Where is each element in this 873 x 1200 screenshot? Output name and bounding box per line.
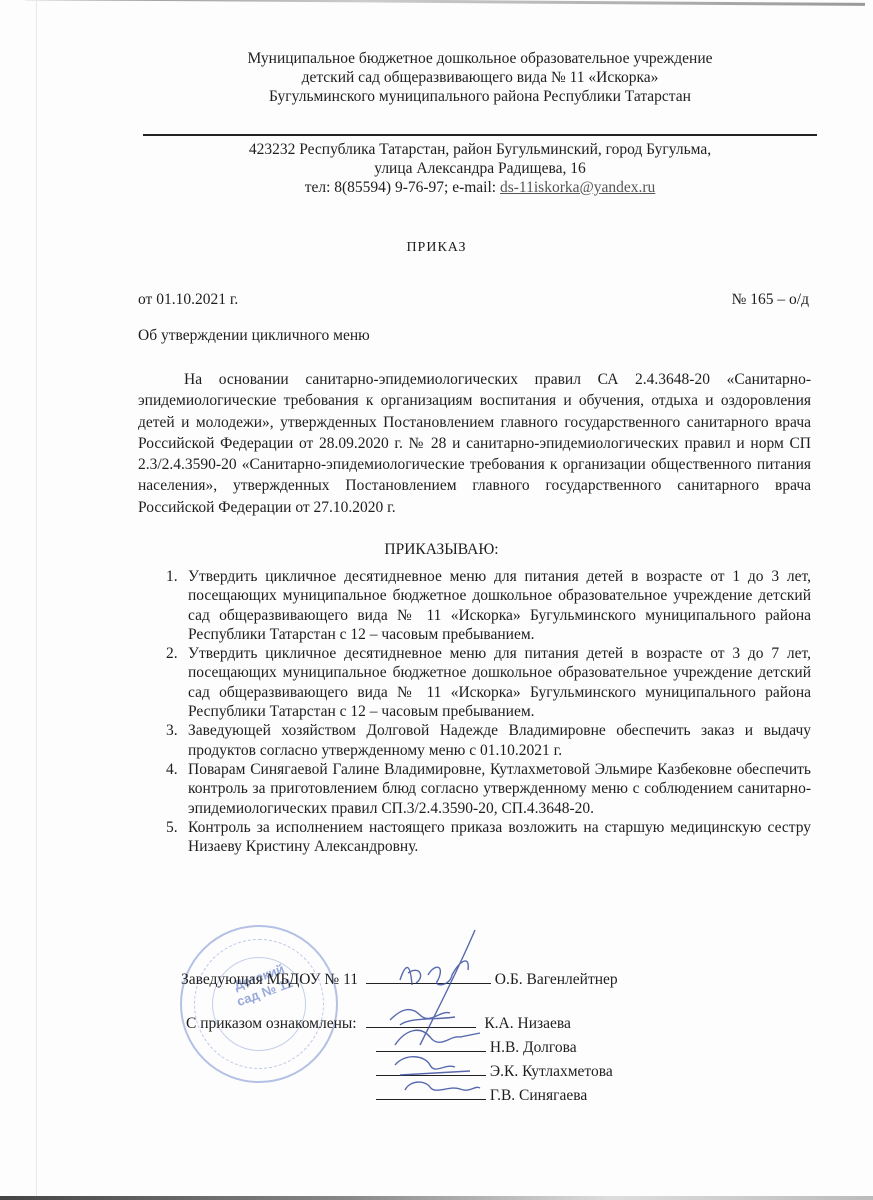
order-item-number: 2.: [166, 644, 178, 663]
order-item-text: Утвердить цикличное десятидневное меню д…: [188, 568, 811, 643]
document-date: от 01.10.2021 г.: [138, 291, 238, 309]
head-signature-label: Заведующая МБДОУ № 11: [181, 971, 358, 988]
letterhead-contacts: 423232 Республика Татарстан, район Бугул…: [140, 140, 820, 197]
letterhead-org: Муниципальное бюджетное дошкольное образ…: [140, 49, 820, 106]
contact-phone: тел: 8(85594) 9-76-97; e-mail:: [305, 179, 500, 196]
document-title: ПРИКАЗ: [0, 240, 873, 256]
order-item: 4.Поварам Синягаевой Галине Владимировне…: [170, 760, 811, 818]
order-item-text: Утвердить цикличное десятидневное меню д…: [188, 645, 811, 720]
document-subject: Об утверждении цикличного меню: [138, 327, 370, 345]
address-line1: 423232 Республика Татарстан, район Бугул…: [140, 140, 820, 159]
order-items-list: 1.Утвердить цикличное десятидневное меню…: [170, 567, 811, 856]
order-heading: ПРИКАЗЫВАЮ:: [0, 541, 873, 559]
letterhead-line2: детский сад общеразвивающего вида № 11 «…: [140, 68, 820, 87]
acquainted-label: С приказом ознакомлены:: [186, 1015, 357, 1032]
order-item-text: Поварам Синягаевой Галине Владимировне, …: [188, 761, 811, 817]
page-edge-bottom: [0, 1196, 873, 1200]
order-item: 2.Утвердить цикличное десятидневное меню…: [170, 644, 811, 721]
page-edge-top: [25, 0, 865, 6]
official-stamp: Детский сад № 11: [180, 925, 338, 1083]
order-item-number: 4.: [166, 760, 178, 779]
letterhead-line1: Муниципальное бюджетное дошкольное образ…: [140, 49, 820, 68]
contact-line: тел: 8(85594) 9-76-97; e-mail: ds-11isko…: [140, 178, 820, 197]
order-item-number: 1.: [166, 567, 178, 586]
order-item: 5.Контроль за исполнением настоящего при…: [170, 818, 811, 857]
letterhead-divider: [143, 134, 817, 136]
order-item: 1.Утвердить цикличное десятидневное меню…: [170, 567, 811, 644]
page-edge-left: [36, 0, 37, 1200]
order-item: 3.Заведующей хозяйством Долговой Надежде…: [170, 721, 811, 760]
letterhead-line3: Бугульминского муниципального района Рес…: [140, 87, 820, 106]
order-item-number: 3.: [166, 721, 178, 740]
acquainted-name-3: Э.К. Кутлахметова: [490, 1063, 613, 1080]
acquainted-name-2: Н.В. Долгова: [490, 1039, 577, 1056]
document-number: № 165 – о/д: [732, 291, 809, 309]
handwritten-signatures: [380, 925, 500, 1105]
preamble-paragraph: На основании санитарно-эпидемиологически…: [138, 369, 811, 518]
order-item-number: 5.: [166, 818, 178, 837]
order-item-text: Заведующей хозяйством Долговой Надежде В…: [188, 722, 811, 758]
order-item-text: Контроль за исполнением настоящего прика…: [188, 819, 811, 855]
email-link[interactable]: ds-11iskorka@yandex.ru: [500, 179, 655, 196]
acquainted-row: С приказом ознакомлены: К.А. Низаева: [186, 1015, 571, 1033]
address-line2: улица Александра Радищева, 16: [140, 159, 820, 178]
head-signature-name: О.Б. Вагенлейтнер: [495, 971, 618, 988]
acquainted-name-4: Г.В. Синягаева: [490, 1087, 587, 1104]
